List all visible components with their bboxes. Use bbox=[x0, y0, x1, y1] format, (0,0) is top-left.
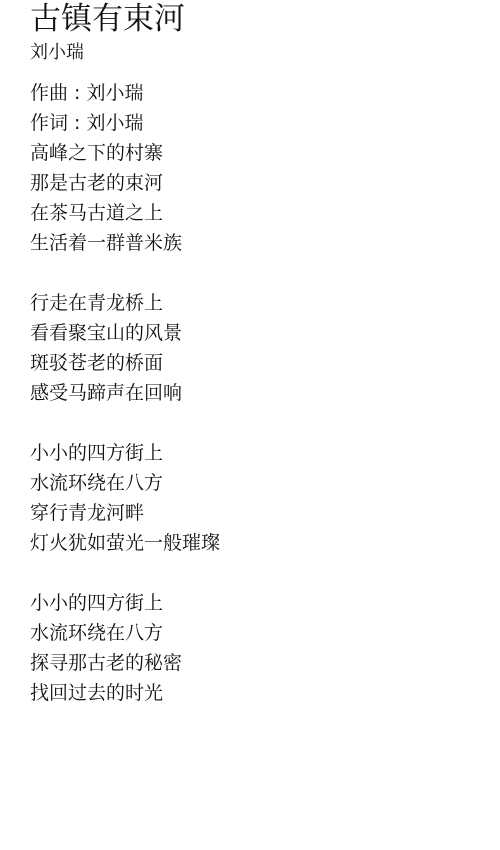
lyric-line: 斑驳苍老的桥面 bbox=[30, 348, 220, 378]
song-title: 古镇有束河 bbox=[30, 0, 185, 38]
lyric-line: 感受马蹄声在回响 bbox=[30, 378, 220, 408]
lyric-line: 在茶马古道之上 bbox=[30, 198, 220, 228]
lyric-line: 灯火犹如萤光一般璀璨 bbox=[30, 528, 220, 558]
stanza-break bbox=[30, 258, 220, 288]
lyric-line: 水流环绕在八方 bbox=[30, 468, 220, 498]
lyric-line: 小小的四方街上 bbox=[30, 438, 220, 468]
lyric-line: 那是古老的束河 bbox=[30, 168, 220, 198]
credit-composer: 作曲 : 刘小瑞 bbox=[30, 78, 220, 108]
lyric-line: 水流环绕在八方 bbox=[30, 618, 220, 648]
stanza-break bbox=[30, 558, 220, 588]
lyric-line: 高峰之下的村寨 bbox=[30, 138, 220, 168]
lyric-line: 探寻那古老的秘密 bbox=[30, 648, 220, 678]
lyrics-body: 作曲 : 刘小瑞 作词 : 刘小瑞 高峰之下的村寨 那是古老的束河 在茶马古道之… bbox=[30, 78, 220, 708]
stanza-break bbox=[30, 408, 220, 438]
lyric-line: 生活着一群普米族 bbox=[30, 228, 220, 258]
lyric-line: 穿行青龙河畔 bbox=[30, 498, 220, 528]
credit-lyricist: 作词 : 刘小瑞 bbox=[30, 108, 220, 138]
lyric-line: 找回过去的时光 bbox=[30, 678, 220, 708]
lyric-line: 看看聚宝山的风景 bbox=[30, 318, 220, 348]
song-artist: 刘小瑞 bbox=[30, 40, 84, 66]
lyric-line: 行走在青龙桥上 bbox=[30, 288, 220, 318]
lyric-line: 小小的四方街上 bbox=[30, 588, 220, 618]
